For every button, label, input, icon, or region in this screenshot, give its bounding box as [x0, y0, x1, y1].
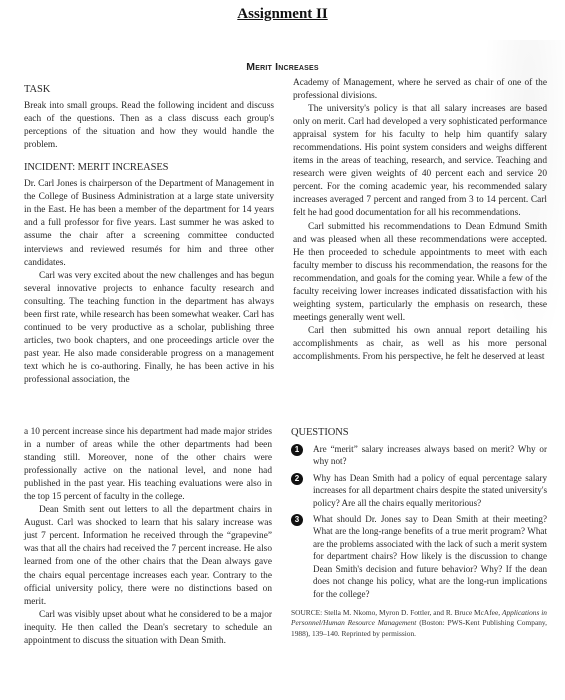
question-text: Why has Dean Smith had a policy of equal…: [313, 472, 547, 509]
column-top-right: Academy of Management, where he served a…: [293, 77, 547, 364]
question-text: What should Dr. Jones say to Dean Smith …: [313, 513, 547, 600]
incident-paragraph: Carl submitted his recommendations to De…: [293, 221, 547, 325]
question-text: Are “merit” salary increases always base…: [313, 443, 547, 468]
source-citation: SOURCE: Stella M. Nkomo, Myron D. Fottle…: [291, 608, 547, 639]
column-bottom-left: a 10 percent increase since his departme…: [24, 426, 272, 648]
number-badge-icon: 2: [291, 473, 303, 485]
incident-paragraph: Dr. Carl Jones is chairperson of the Dep…: [24, 178, 274, 269]
number-badge-icon: 3: [291, 514, 303, 526]
questions-heading: QUESTIONS: [291, 426, 547, 439]
task-text: Break into small groups. Read the follow…: [24, 100, 274, 152]
source-authors: Stella M. Nkomo, Myron D. Fottler, and R…: [324, 608, 500, 617]
case-title: Merit Increases: [0, 61, 565, 73]
source-label: SOURCE:: [291, 608, 322, 617]
incident-heading: INCIDENT: MERIT INCREASES: [24, 161, 274, 174]
document-title: Assignment II: [0, 6, 565, 23]
question-item: 3 What should Dr. Jones say to Dean Smit…: [291, 513, 547, 600]
incident-paragraph: Carl then submitted his own annual repor…: [293, 325, 547, 364]
number-badge-icon: 1: [291, 444, 303, 456]
incident-paragraph: a 10 percent increase since his departme…: [24, 426, 272, 504]
incident-paragraph: Carl was visibly upset about what he con…: [24, 609, 272, 648]
incident-paragraph: Carl was very excited about the new chal…: [24, 270, 274, 387]
question-item: 1 Are “merit” salary increases always ba…: [291, 443, 547, 468]
incident-paragraph: The university's policy is that all sala…: [293, 103, 547, 220]
question-item: 2 Why has Dean Smith had a policy of equ…: [291, 472, 547, 509]
column-bottom-right: QUESTIONS 1 Are “merit” salary increases…: [291, 426, 547, 639]
incident-paragraph: Dean Smith sent out letters to all the d…: [24, 504, 272, 608]
task-heading: TASK: [24, 83, 274, 96]
column-top-left: TASK Break into small groups. Read the f…: [24, 83, 274, 387]
incident-paragraph: Academy of Management, where he served a…: [293, 77, 547, 103]
